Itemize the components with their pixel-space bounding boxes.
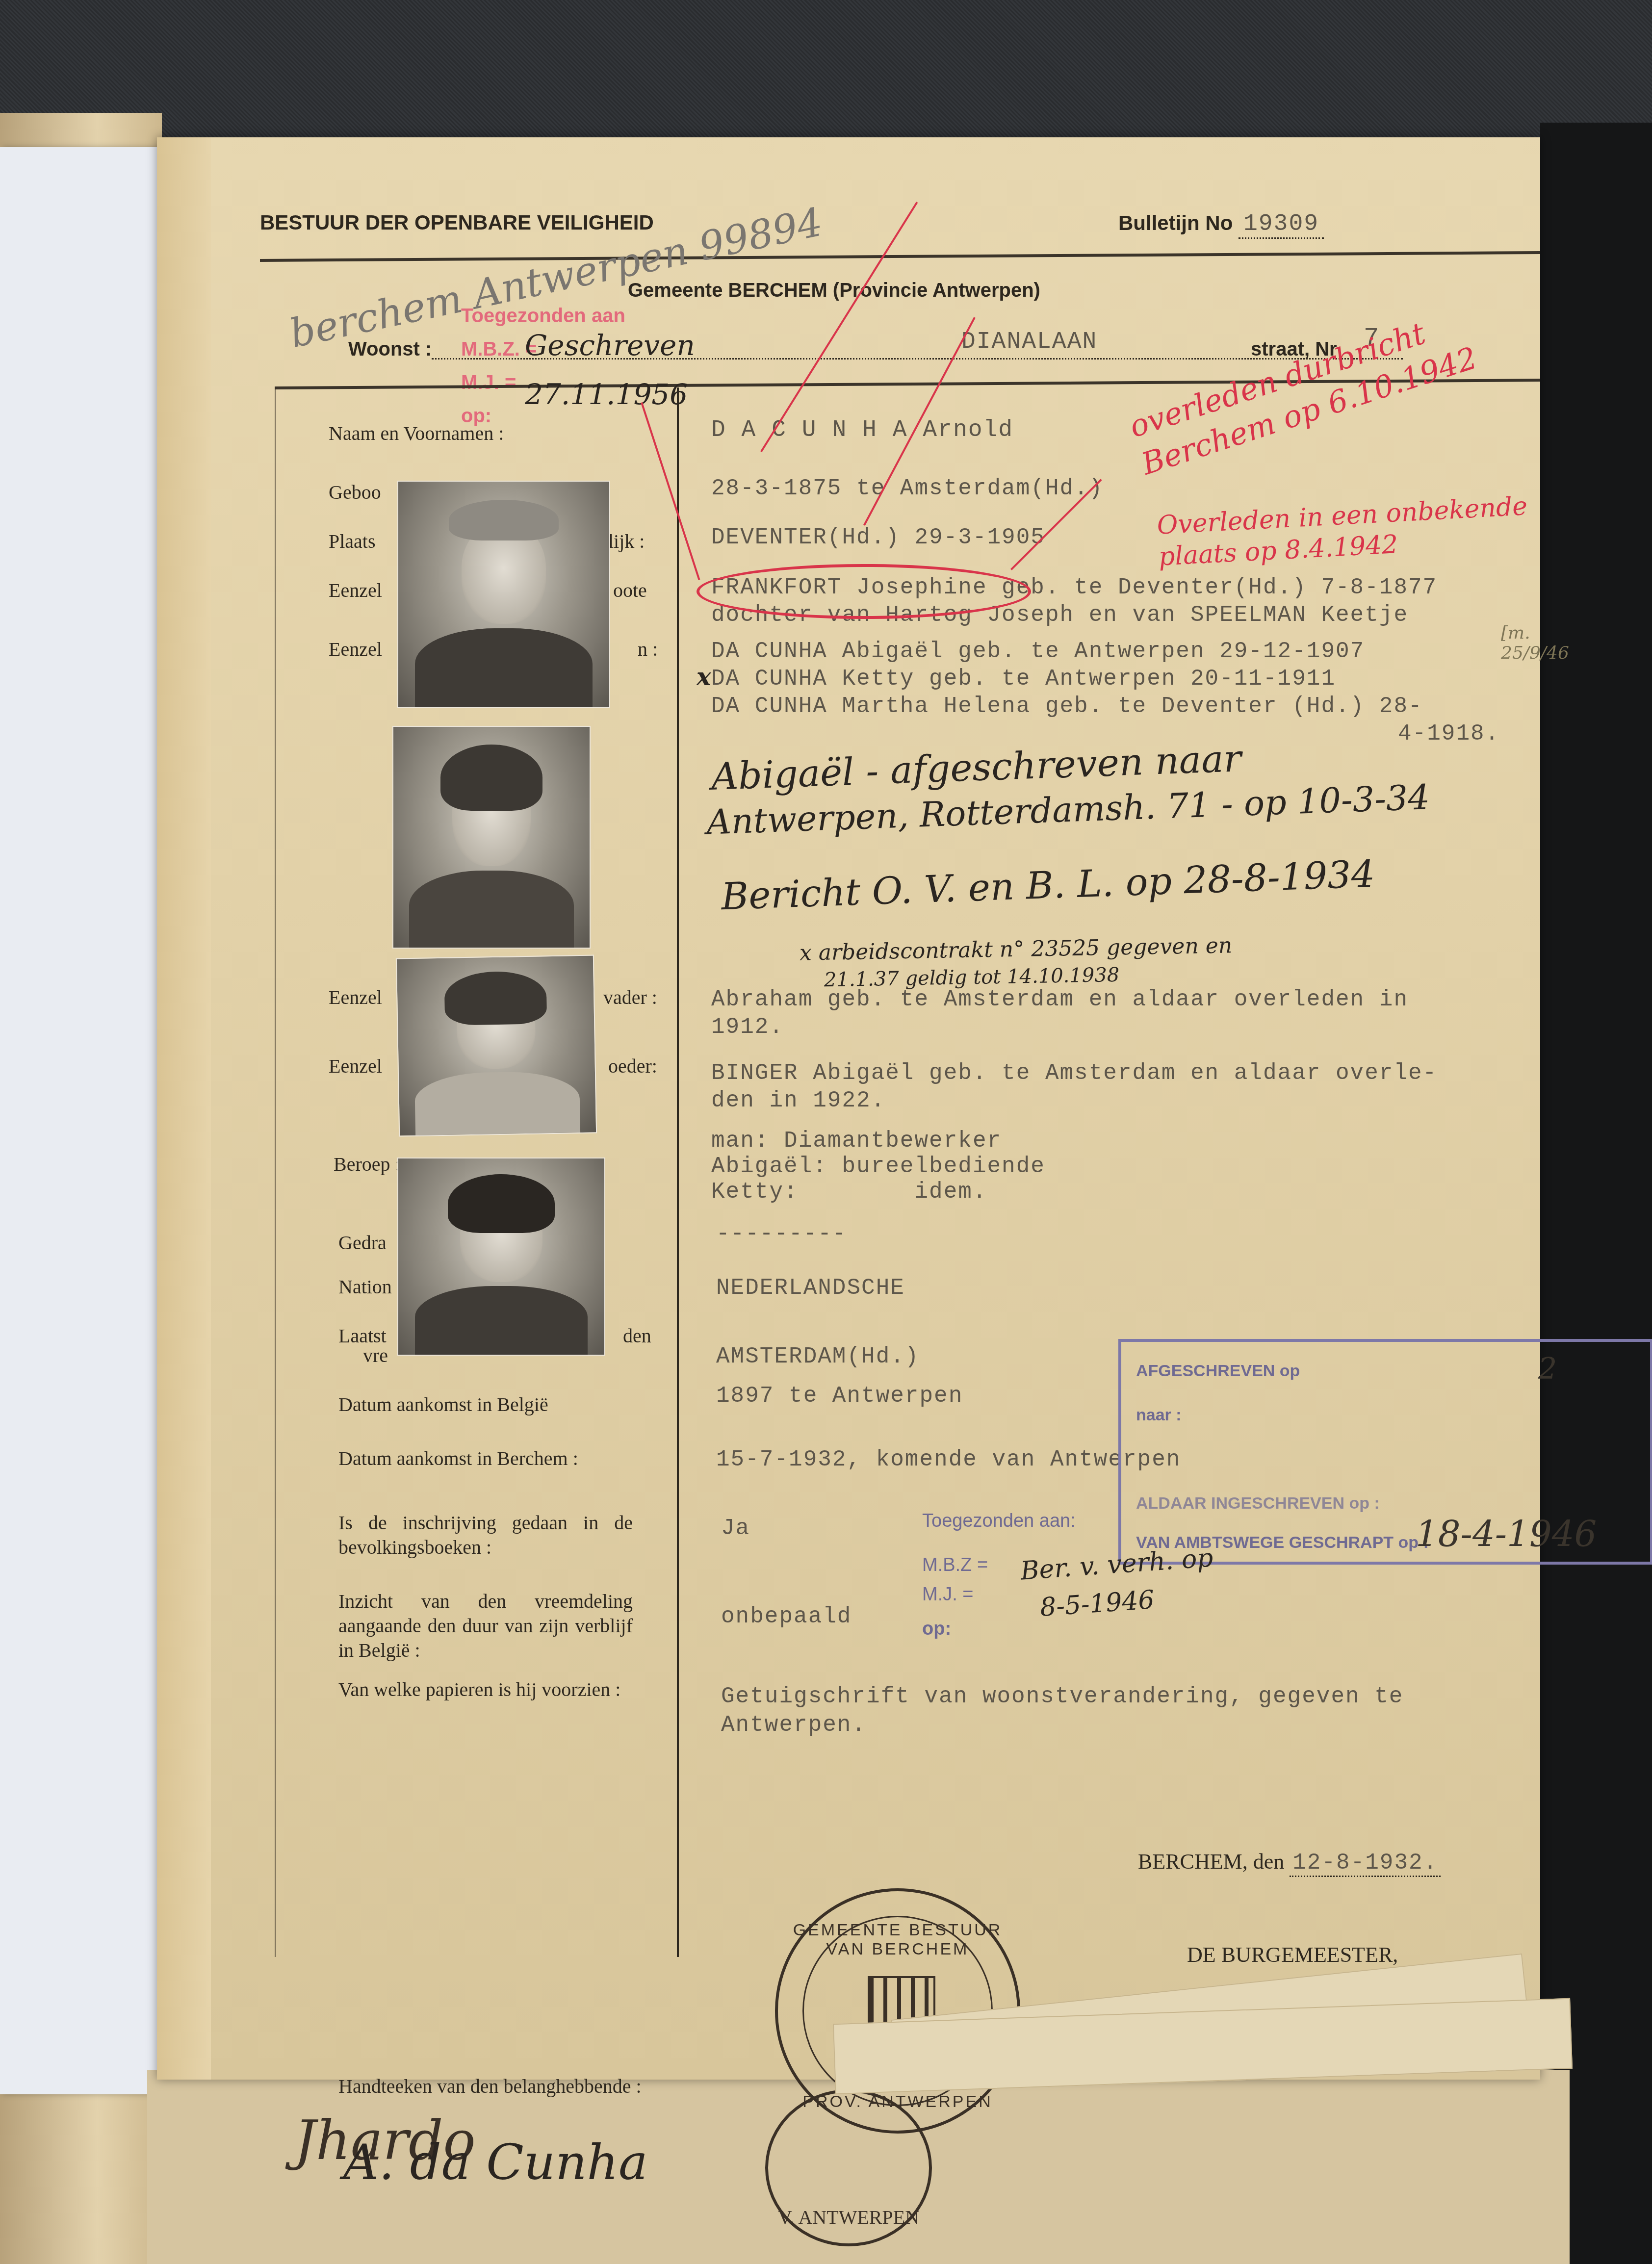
kind-line1: DA CUNHA Abigaël geb. te Antwerpen 29-12… xyxy=(711,638,1499,665)
abigael-margin-note: [m. 25/9/46 xyxy=(1501,623,1569,663)
value-beroep: man: Diamantbewerker Abigaël: bureelbedi… xyxy=(711,1128,1045,1205)
vader-line2: 1912. xyxy=(711,1013,1408,1041)
papieren-line2: Antwerpen. xyxy=(721,1711,1403,1739)
label-vader-end: vader : xyxy=(603,986,657,1009)
bulletin-label: Bulletijn No 19309 xyxy=(1118,211,1324,237)
toegezonden-mbz: M.B.Z = xyxy=(922,1555,988,1576)
note-contract-line1: x arbeidscontrakt n° 23525 gegeven en xyxy=(800,933,1233,965)
x-mark-ketty: x xyxy=(697,662,711,691)
afgeschreven-stamp: AFGESCHREVEN op naar : ALDAAR INGESCHREV… xyxy=(1118,1339,1652,1565)
paper-binding-edge xyxy=(157,137,211,2080)
beroep-line1: man: Diamantbewerker xyxy=(711,1128,1045,1154)
label-beroep: Beroep : xyxy=(334,1153,401,1176)
label-inzicht: Inzicht van den vreemdeling aangaande de… xyxy=(338,1589,633,1663)
value-aankomst-belgie: 1897 te Antwerpen xyxy=(716,1383,963,1409)
label-echtgenoote-end: oote xyxy=(613,579,647,602)
afg-line1: AFGESCHREVEN op xyxy=(1136,1362,1300,1381)
red-stamp-line1: Toegezonden aan xyxy=(461,299,625,333)
toegezonden-title: Toegezonden aan: xyxy=(922,1511,1076,1532)
handwritten-date-top: 27.11.1956 xyxy=(525,378,688,411)
value-vader: Abraham geb. te Amsterdam en aldaar over… xyxy=(711,986,1408,1041)
label-aankomst-berchem: Datum aankomst in Berchem : xyxy=(338,1447,578,1470)
red-arrow-to-date xyxy=(641,402,700,580)
handwritten-over-stamp: Geschreven xyxy=(525,329,695,362)
label-plaats: Plaats xyxy=(329,530,376,553)
label-moeder: Eenzel xyxy=(329,1055,382,1078)
beroep-line2: Abigaël: bureelbediende xyxy=(711,1154,1045,1179)
label-laatste-end: den xyxy=(623,1324,651,1347)
place-date: BERCHEM, den 12-8-1932. xyxy=(1138,1849,1441,1876)
kind-line3: DA CUNHA Martha Helena geb. te Deventer … xyxy=(711,693,1499,720)
vader-line1: Abraham geb. te Amsterdam en aldaar over… xyxy=(711,986,1408,1013)
bulletin-number: 19309 xyxy=(1239,211,1324,239)
holder-signature: A. da Cunha xyxy=(343,2134,648,2191)
photo-girl xyxy=(397,1158,605,1356)
kind-line2: DA CUNHA Ketty geb. te Antwerpen 20-11-1… xyxy=(711,665,1499,693)
column-divider xyxy=(677,387,679,1957)
red-note-top: overleden durbricht Berchem op 6.10.1942 xyxy=(1125,301,1482,484)
value-geboorte: 28-3-1875 te Amsterdam(Hd.) xyxy=(711,476,1103,501)
note-bericht: Bericht O. V. en B. L. op 28-8-1934 xyxy=(721,852,1375,918)
red-note-middle: Overleden in een onbekende plaats op 8.4… xyxy=(1156,490,1530,572)
label-gedrag: Gedra xyxy=(338,1231,387,1254)
label-geboorte: Geboo xyxy=(329,481,381,504)
label-aankomst-belgie: Datum aankomst in België xyxy=(338,1393,548,1416)
value-aankomst-berchem: 15-7-1932, komende van Antwerpen xyxy=(716,1447,1181,1472)
moeder-line1: BINGER Abigaël geb. te Amsterdam en alda… xyxy=(711,1059,1437,1087)
toegezonden-hand-line1: Ber. v. verh. op xyxy=(1019,1543,1214,1586)
photo-young-woman xyxy=(396,955,597,1137)
photo-man xyxy=(397,481,610,708)
afg-handwritten-date: 18-4-1946 xyxy=(1416,1514,1597,1555)
red-circle-frankfort xyxy=(697,564,1031,619)
toegezonden-hand-line2: 8-5-1946 xyxy=(1039,1585,1155,1622)
value-nationaliteit: NEDERLANDSCHE xyxy=(716,1275,905,1301)
label-vader: Eenzel xyxy=(329,986,382,1009)
value-moeder: BINGER Abigaël geb. te Amsterdam en alda… xyxy=(711,1059,1437,1114)
bulletin-number-label: Bulletijn No xyxy=(1118,211,1233,234)
street-name: DIANALAAN xyxy=(961,329,1097,355)
value-gedrag: --------- xyxy=(716,1221,847,1247)
header-rule xyxy=(260,251,1540,262)
label-moeder-end: oeder: xyxy=(608,1055,657,1078)
label-papieren: Van welke papieren is hij voorzien : xyxy=(338,1677,633,1702)
value-laatste: AMSTERDAM(Hd.) xyxy=(716,1344,919,1369)
value-kinderen: DA CUNHA Abigaël geb. te Antwerpen 29-12… xyxy=(711,638,1499,747)
value-inschrijving: Ja xyxy=(721,1516,750,1541)
label-laatste-2: vre xyxy=(363,1344,388,1367)
woonst-label: Woonst : xyxy=(348,338,432,360)
label-plaats-end: lijk : xyxy=(608,530,645,553)
place-date-label: BERCHEM, den xyxy=(1138,1850,1284,1874)
authority-title: BESTUUR DER OPENBARE VEILIGHEID xyxy=(260,211,654,234)
label-kinderen-end: n : xyxy=(638,638,658,661)
mayor-title: DE BURGEMEESTER, xyxy=(1187,1942,1398,1967)
seal-text-bottom: PROV. ANTWERPEN xyxy=(778,2092,1017,2111)
value-inzicht: onbepaald xyxy=(721,1604,852,1629)
toegezonden-mj: M.J. = xyxy=(922,1584,974,1605)
value-huwelijk: DEVENTER(Hd.) 29-3-1905 xyxy=(711,525,1045,550)
bulletin-document: BESTUUR DER OPENBARE VEILIGHEID Bulletij… xyxy=(157,137,1540,2080)
toegezonden-red-stamp: Toegezonden aan M.B.Z. = M.J. = op: xyxy=(461,299,625,433)
papieren-line1: Getuigschrift van woonstverandering, geg… xyxy=(721,1682,1403,1711)
moeder-line2: den in 1922. xyxy=(711,1087,1437,1114)
municipality-title: Gemeente BERCHEM (Provincie Antwerpen) xyxy=(628,280,1040,302)
label-echtgenoote: Eenzel xyxy=(329,579,382,602)
toegezonden-op: op: xyxy=(922,1619,951,1640)
beroep-line3: Ketty: idem. xyxy=(711,1179,1045,1205)
value-papieren: Getuigschrift van woonstverandering, geg… xyxy=(721,1682,1403,1739)
left-margin-line xyxy=(275,387,276,1957)
photo-woman xyxy=(392,726,591,949)
afg-line2: naar : xyxy=(1136,1406,1182,1425)
afg-line3: ALDAAR INGESCHREVEN op : xyxy=(1136,1494,1380,1513)
binder-cover xyxy=(0,0,1652,147)
afg-corner-mark: 2 xyxy=(1538,1352,1557,1386)
label-kinderen: Eenzel xyxy=(329,638,382,661)
signature-label: Handteeken van den belanghebbende : xyxy=(338,2075,642,2098)
value-naam: D A C U N H A Arnold xyxy=(711,417,1013,443)
label-nationaliteit: Nation xyxy=(338,1275,392,1298)
label-naam: Naam en Voornamen : xyxy=(329,422,504,445)
binder-shadow xyxy=(1540,123,1652,2264)
issue-date: 12-8-1932. xyxy=(1290,1850,1441,1877)
label-inschrijving: Is de inschrijving gedaan in de bevolkin… xyxy=(338,1511,633,1560)
